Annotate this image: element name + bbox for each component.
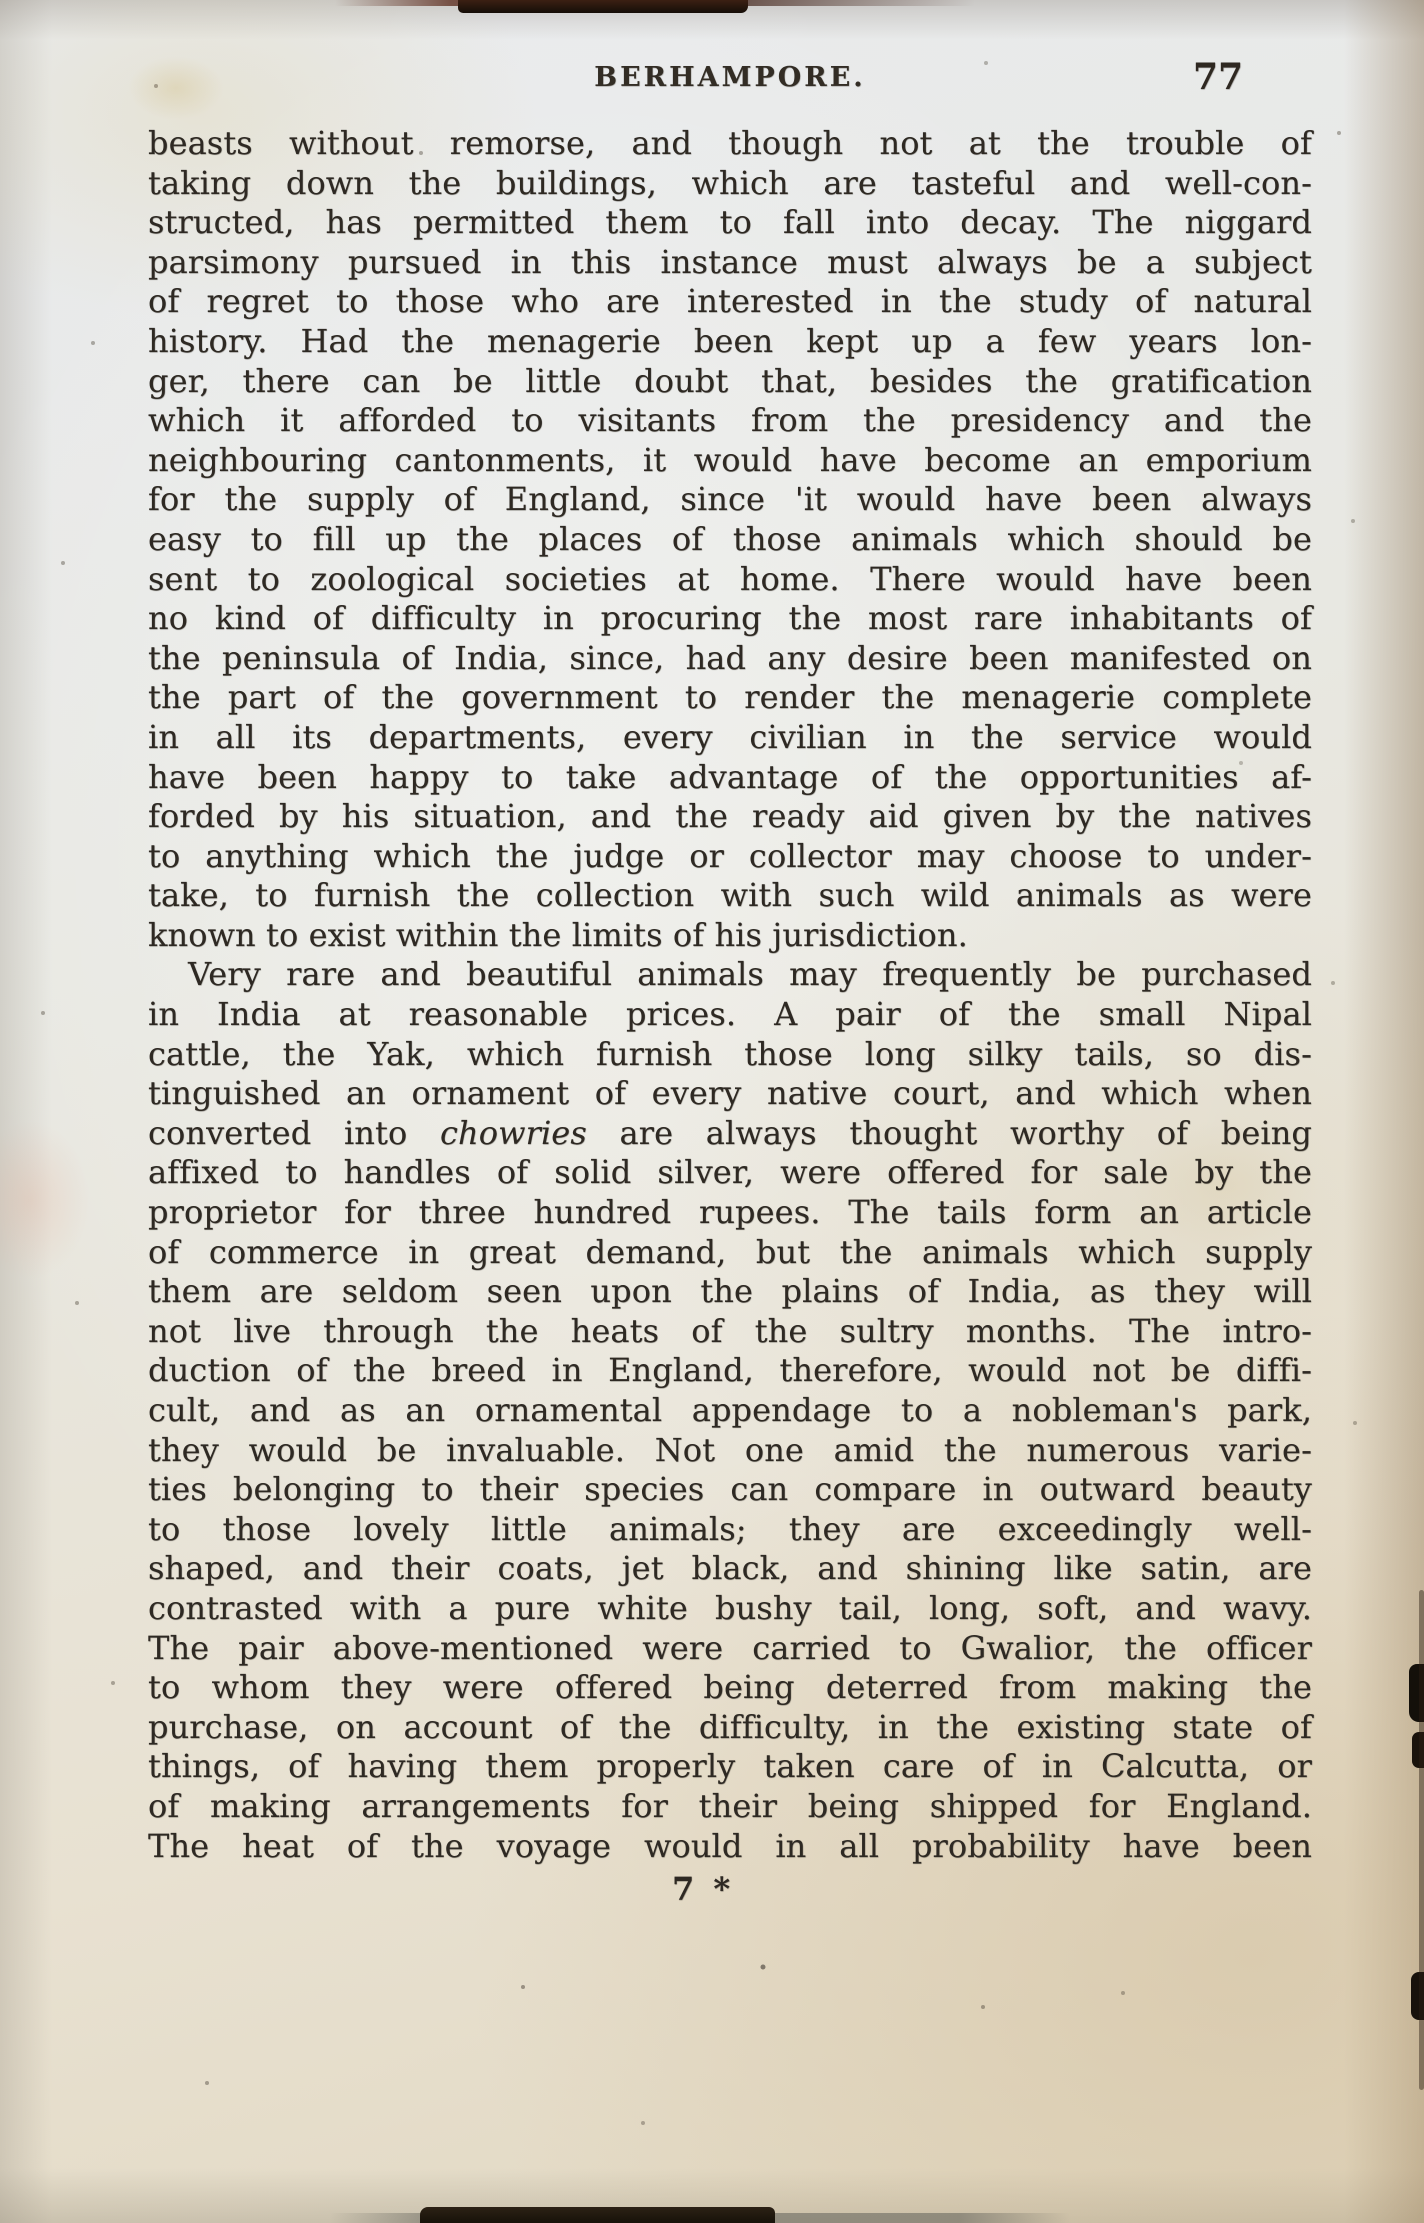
book-page-scan: BERHAMPORE. 77 beasts without remorse, a… (0, 0, 1424, 2223)
paper-specks (0, 0, 2, 2)
text-line: The pair above-mentioned were carried to… (148, 1629, 1312, 1669)
signature-mark: 7 * (672, 1870, 734, 1908)
text-line: The heat of the voyage would in all prob… (148, 1827, 1312, 1867)
text-line: the peninsula of India, since, had any d… (148, 639, 1312, 679)
page-text: beasts without remorse, and though not a… (148, 124, 1312, 1866)
text-line: to whom they were offered being deterred… (148, 1668, 1312, 1708)
paper-stain (0, 1120, 90, 1280)
text-line: history. Had the menagerie been kept up … (148, 322, 1312, 362)
text-line: duction of the breed in England, therefo… (148, 1351, 1312, 1391)
text-line: have been happy to take advantage of the… (148, 758, 1312, 798)
text-line: things, of having them properly taken ca… (148, 1747, 1312, 1787)
text-line: not live through the heats of the sultry… (148, 1312, 1312, 1352)
text-line: in India at reasonable prices. A pair of… (148, 995, 1312, 1035)
text-line: no kind of difficulty in procuring the m… (148, 599, 1312, 639)
text-line: parsimony pursued in this instance must … (148, 243, 1312, 283)
text-line: to those lovely little animals; they are… (148, 1510, 1312, 1550)
text-line: neighbouring cantonments, it would have … (148, 441, 1312, 481)
text-line: contrasted with a pure white bushy tail,… (148, 1589, 1312, 1629)
text-line: take, to furnish the collection with suc… (148, 876, 1312, 916)
scan-edge-top-bar (458, 0, 748, 13)
text-line: beasts without remorse, and though not a… (148, 124, 1312, 164)
text-line: shaped, and their coats, jet black, and … (148, 1549, 1312, 1589)
text-line: cult, and as an ornamental appendage to … (148, 1391, 1312, 1431)
text-line: of regret to those who are interested in… (148, 282, 1312, 322)
text-line: of making arrangements for their being s… (148, 1787, 1312, 1827)
text-line: them are seldom seen upon the plains of … (148, 1272, 1312, 1312)
text-line: taking down the buildings, which are tas… (148, 164, 1312, 204)
text-line: the part of the government to render the… (148, 678, 1312, 718)
text-line: proprietor for three hundred rupees. The… (148, 1193, 1312, 1233)
text-line: ger, there can be little doubt that, bes… (148, 362, 1312, 402)
text-line: of commerce in great demand, but the ani… (148, 1233, 1312, 1273)
page-number: 77 (1193, 56, 1243, 98)
text-line: forded by his situation, and the ready a… (148, 797, 1312, 837)
text-line: tinguished an ornament of every native c… (148, 1074, 1312, 1114)
text-line: for the supply of England, since 'it wou… (148, 480, 1312, 520)
text-line: in all its departments, every civilian i… (148, 718, 1312, 758)
text-line: easy to fill up the places of those anim… (148, 520, 1312, 560)
text-line: to anything which the judge or collector… (148, 837, 1312, 877)
text-line: which it afforded to visitants from the … (148, 401, 1312, 441)
text-line: Very rare and beautiful animals may freq… (148, 955, 1312, 995)
text-line: ties belonging to their species can comp… (148, 1470, 1312, 1510)
text-line: purchase, on account of the difficulty, … (148, 1708, 1312, 1748)
text-line: they would be invaluable. Not one amid t… (148, 1431, 1312, 1471)
scan-edge-bottom-bar (420, 2207, 775, 2223)
text-line: sent to zoological societies at home. Th… (148, 560, 1312, 600)
text-line: converted into chowries are always thoug… (148, 1114, 1312, 1154)
running-header: BERHAMPORE. (148, 62, 1312, 93)
text-line: known to exist within the limits of his … (148, 916, 1312, 956)
text-line: affixed to handles of solid silver, were… (148, 1153, 1312, 1193)
text-line: cattle, the Yak, which furnish those lon… (148, 1035, 1312, 1075)
scan-edge-right-line (1419, 1590, 1424, 2090)
text-line: structed, has permitted them to fall int… (148, 203, 1312, 243)
